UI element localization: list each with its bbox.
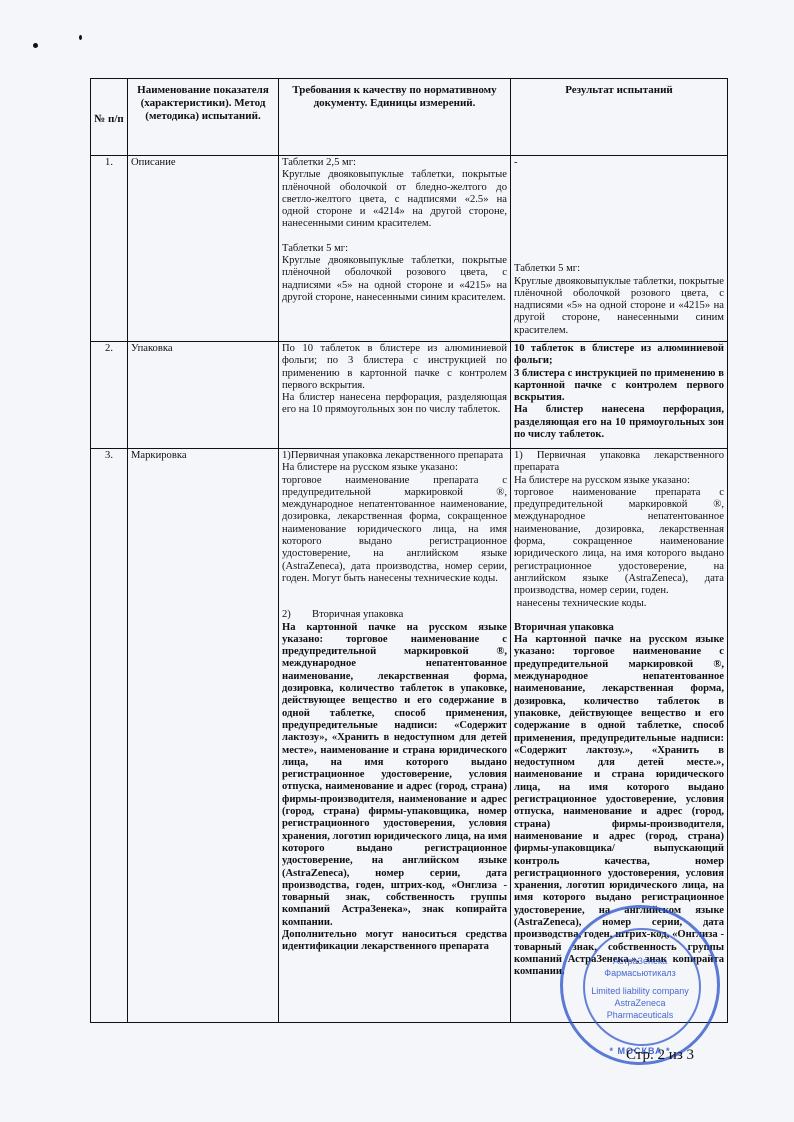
table-header-row: № п/п Наименование показателя (характери… <box>91 79 728 156</box>
header-num: № п/п <box>91 79 128 156</box>
result-title: Таблетки 5 мг: <box>514 263 724 275</box>
row-result: - Таблетки 5 мг: Круглые двояковыпуклые … <box>511 156 728 342</box>
result-text: На блистер нанесена перфорация, разделяю… <box>514 404 724 441</box>
requirement-text: На блистер нанесена перфорация, разделяю… <box>282 392 507 417</box>
row-result: 1) Первичная упаковка лекарственного пре… <box>511 449 728 1023</box>
requirement-text: На картонной пачке на русском языке указ… <box>282 622 507 929</box>
result-text: На блистере на русском языке указано: <box>514 475 724 487</box>
result-text: На картонной пачке на русском языке указ… <box>514 634 724 978</box>
result-dash: - <box>514 157 724 169</box>
row-num: 3. <box>91 449 128 1023</box>
header-result: Результат испытаний <box>511 79 728 156</box>
row-requirement: 1)Первичная упаковка лекарственного преп… <box>279 449 511 1023</box>
table-row: 3. Маркировка 1)Первичная упаковка лекар… <box>91 449 728 1023</box>
requirement-title: 2) Вторичная упаковка <box>282 609 507 621</box>
requirement-title: Таблетки 5 мг: <box>282 243 507 255</box>
table-row: 2. Упаковка По 10 таблеток в блистере из… <box>91 342 728 449</box>
requirement-text: По 10 таблеток в блистере из алюминиевой… <box>282 343 507 392</box>
result-text: нанесены технические коды. <box>514 598 724 610</box>
result-text: Круглые двояковыпуклые таблетки, покрыты… <box>514 276 724 337</box>
result-text: 10 таблеток в блистере из алюминиевой фо… <box>514 343 724 368</box>
result-title: Вторичная упаковка <box>514 622 724 634</box>
result-title: 1) Первичная упаковка лекарственного пре… <box>514 450 724 475</box>
scan-speck <box>33 43 38 48</box>
requirement-text: Круглые двояковыпуклые таблетки, покрыты… <box>282 255 507 304</box>
header-name: Наименование показателя (характеристики)… <box>128 79 279 156</box>
row-name: Описание <box>128 156 279 342</box>
row-result: 10 таблеток в блистере из алюминиевой фо… <box>511 342 728 449</box>
result-text: 3 блистера с инструкцией по применению в… <box>514 368 724 405</box>
requirement-text: На блистере на русском языке указано: <box>282 462 507 474</box>
requirement-text: Дополнительно могут наноситься средства … <box>282 929 507 954</box>
row-name: Маркировка <box>128 449 279 1023</box>
requirement-title: 1)Первичная упаковка лекарственного преп… <box>282 450 507 462</box>
row-requirement: По 10 таблеток в блистере из алюминиевой… <box>279 342 511 449</box>
requirement-title: Таблетки 2,5 мг: <box>282 157 507 169</box>
requirement-text: торговое наименование препарата с предуп… <box>282 475 507 586</box>
table-row: 1. Описание Таблетки 2,5 мг: Круглые дво… <box>91 156 728 342</box>
page-number: Стр. 2 из 3 <box>626 1047 694 1064</box>
requirement-text: Круглые двояковыпуклые таблетки, покрыты… <box>282 169 507 230</box>
row-num: 1. <box>91 156 128 342</box>
result-text: торговое наименование препарата с предуп… <box>514 487 724 598</box>
test-results-table: № п/п Наименование показателя (характери… <box>90 78 728 1023</box>
row-name: Упаковка <box>128 342 279 449</box>
scan-speck <box>79 35 82 40</box>
header-requirement: Требования к качеству по нормативному до… <box>279 79 511 156</box>
row-num: 2. <box>91 342 128 449</box>
row-requirement: Таблетки 2,5 мг: Круглые двояковыпуклые … <box>279 156 511 342</box>
